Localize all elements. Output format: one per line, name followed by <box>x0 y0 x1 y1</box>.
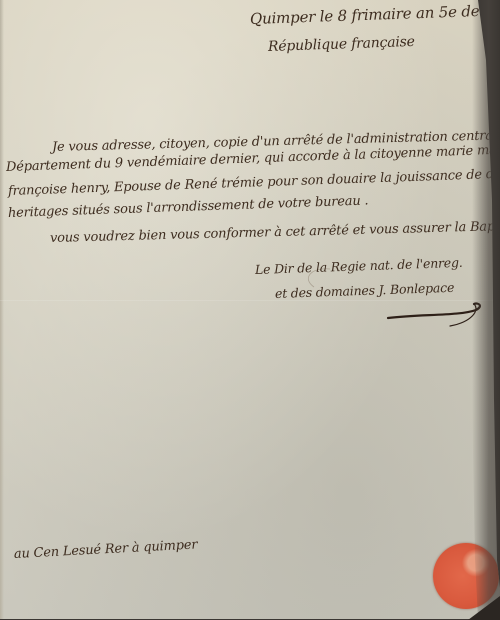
letter-body-line-4: heritages situés sous l'arrondissement d… <box>8 194 369 220</box>
recipient-address: au Cen Lesué Rer à quimper <box>14 538 198 561</box>
letter-heading-line-1: Quimper le 8 frimaire an 5e de la <box>250 3 498 27</box>
document-page: Quimper le 8 frimaire an 5e de la Républ… <box>0 0 500 619</box>
signature-line-2: et des domaines J. Bonlepace <box>275 282 455 301</box>
signature-line-1: Le Dir de la Regie nat. de l'enreg. <box>255 257 463 277</box>
background-edge <box>472 0 500 619</box>
letter-body-line-5: vous voudrez bien vous conformer à cet a… <box>50 219 500 245</box>
paper-edge <box>0 0 4 619</box>
letter-heading-line-2: République française <box>268 35 415 54</box>
